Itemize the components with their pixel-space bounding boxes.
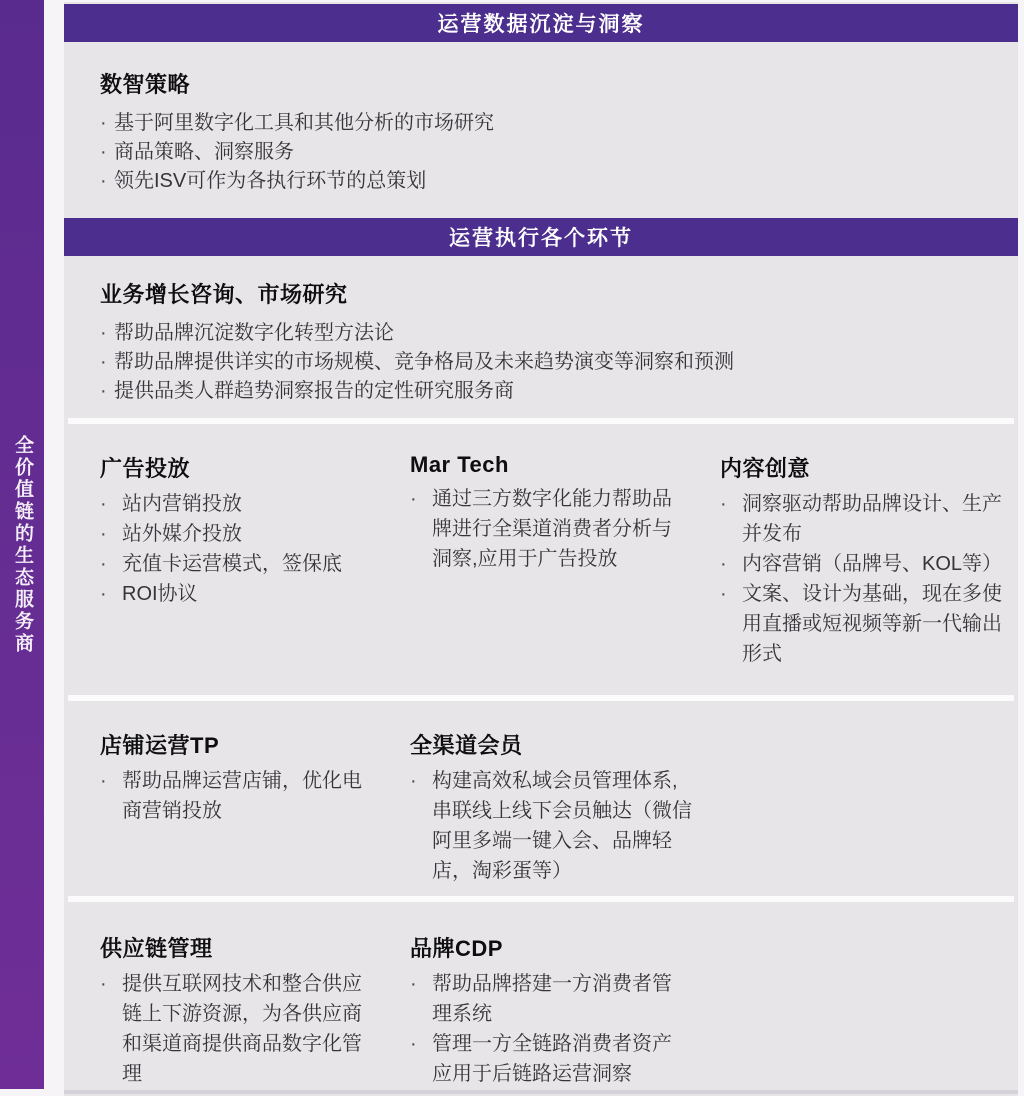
bullet-dot — [100, 109, 114, 138]
bullet-text: 商品策略、洞察服务 — [114, 138, 294, 167]
bullet-list: 帮助品牌沉淀数字化转型方法论 帮助品牌提供详实的市场规模、竞争格局及未来趋势演变… — [100, 319, 982, 406]
bullet-text: 基于阿里数字化工具和其他分析的市场研究 — [114, 109, 494, 138]
bullet-dot — [100, 766, 122, 826]
bullet-item: 站外媒介投放 — [100, 519, 362, 549]
content-panel: 运营数据沉淀与洞察 数智策略 基于阿里数字化工具和其他分析的市场研究 商品策略、… — [64, 2, 1018, 1096]
sidebar: 全价值链的生态服务商 — [0, 0, 44, 1089]
bullet-dot — [100, 319, 114, 348]
bullet-item: 提供互联网技术和整合供应链上下游资源，为各供应商和渠道商提供商品数字化管理 — [100, 969, 362, 1089]
bullet-item: 帮助品牌搭建一方消费者管理系统 — [410, 969, 674, 1029]
bullet-text: 帮助品牌运营店铺，优化电商营销投放 — [122, 766, 362, 826]
section-title-omni-member: 全渠道会员 — [410, 729, 696, 760]
bullet-text: 帮助品牌沉淀数字化转型方法论 — [114, 319, 394, 348]
bullet-dot — [100, 167, 114, 196]
bullet-text: 站外媒介投放 — [122, 519, 242, 549]
banner-top: 运营数据沉淀与洞察 — [64, 4, 1018, 42]
bullet-dot — [720, 489, 742, 549]
bullet-item: 充值卡运营模式，签保底 — [100, 549, 362, 579]
bullet-dot — [410, 484, 432, 574]
section-title-store-operation: 店铺运营TP — [100, 729, 362, 760]
column-omni-member: 全渠道会员 构建高效私域会员管理体系,串联线上线下会员触达（微信阿里多端一键入会… — [410, 729, 696, 886]
bullet-dot — [720, 579, 742, 669]
section-title-growth-consulting: 业务增长咨询、市场研究 — [100, 278, 982, 309]
bullet-item: 基于阿里数字化工具和其他分析的市场研究 — [100, 109, 982, 138]
bullet-text: 领先ISV可作为各执行环节的总策划 — [114, 167, 426, 196]
bullet-item: 内容营销（品牌号、KOL等） — [720, 549, 1010, 579]
bullet-dot — [100, 489, 122, 519]
column-store-operation: 店铺运营TP 帮助品牌运营店铺，优化电商营销投放 — [100, 729, 362, 886]
bullet-item: 帮助品牌沉淀数字化转型方法论 — [100, 319, 982, 348]
column-ad-placement: 广告投放 站内营销投放 站外媒介投放 充值卡运营模式，签保底 ROI协议 — [100, 452, 362, 669]
bullet-text: 站内营销投放 — [122, 489, 242, 519]
bullet-text: 内容营销（品牌号、KOL等） — [742, 549, 1002, 579]
bullet-item: 通过三方数字化能力帮助品牌进行全渠道消费者分析与洞察,应用于广告投放 — [410, 484, 672, 574]
bullet-text: 帮助品牌提供详实的市场规模、竞争格局及未来趋势演变等洞察和预测 — [114, 348, 734, 377]
bullet-list: 基于阿里数字化工具和其他分析的市场研究 商品策略、洞察服务 领先ISV可作为各执… — [100, 109, 982, 196]
bullet-text: 管理一方全链路消费者资产应用于后链路运营洞察 — [432, 1029, 674, 1089]
bullet-dot — [100, 377, 114, 406]
banner-middle-label: 运营执行各个环节 — [449, 222, 633, 252]
bullet-list: 洞察驱动帮助品牌设计、生产并发布 内容营销（品牌号、KOL等） 文案、设计为基础… — [720, 489, 1010, 669]
column-content-creative: 内容创意 洞察驱动帮助品牌设计、生产并发布 内容营销（品牌号、KOL等） 文案、… — [720, 452, 1010, 669]
section-title-ad-placement: 广告投放 — [100, 452, 362, 483]
bullet-dot — [100, 138, 114, 167]
section-title-smart-strategy: 数智策略 — [100, 68, 982, 99]
section-execution-row-2: 店铺运营TP 帮助品牌运营店铺，优化电商营销投放 全渠道会员 构建高效私域会员管… — [64, 701, 1018, 896]
bullet-text: 构建高效私域会员管理体系,串联线上线下会员触达（微信阿里多端一键入会、品牌轻店，… — [432, 766, 696, 886]
section-smart-strategy: 数智策略 基于阿里数字化工具和其他分析的市场研究 商品策略、洞察服务 领先ISV… — [64, 42, 1018, 216]
bullet-dot — [720, 549, 742, 579]
bullet-item: 提供品类人群趋势洞察报告的定性研究服务商 — [100, 377, 982, 406]
bullet-text: 洞察驱动帮助品牌设计、生产并发布 — [742, 489, 1010, 549]
bottom-divider — [64, 1090, 1018, 1094]
bullet-list: 通过三方数字化能力帮助品牌进行全渠道消费者分析与洞察,应用于广告投放 — [410, 484, 672, 574]
bullet-text: ROI协议 — [122, 579, 198, 609]
column-brand-cdp: 品牌CDP 帮助品牌搭建一方消费者管理系统 管理一方全链路消费者资产应用于后链路… — [410, 932, 674, 1089]
bullet-item: 管理一方全链路消费者资产应用于后链路运营洞察 — [410, 1029, 674, 1089]
banner-middle: 运营执行各个环节 — [64, 218, 1018, 256]
bullet-dot — [100, 348, 114, 377]
section-title-content-creative: 内容创意 — [720, 452, 1010, 483]
section-title-supply-chain: 供应链管理 — [100, 932, 362, 963]
bullet-item: ROI协议 — [100, 579, 362, 609]
bullet-item: 文案、设计为基础，现在多使用直播或短视频等新一代输出形式 — [720, 579, 1010, 669]
bullet-dot — [100, 519, 122, 549]
bullet-dot — [100, 969, 122, 1089]
section-title-brand-cdp: 品牌CDP — [410, 932, 674, 963]
bullet-dot — [100, 579, 122, 609]
section-execution-row-1: 广告投放 站内营销投放 站外媒介投放 充值卡运营模式，签保底 ROI协议 Mar… — [64, 424, 1018, 695]
bullet-list: 构建高效私域会员管理体系,串联线上线下会员触达（微信阿里多端一键入会、品牌轻店，… — [410, 766, 696, 886]
bullet-text: 充值卡运营模式，签保底 — [122, 549, 342, 579]
bullet-dot — [100, 549, 122, 579]
bullet-text: 文案、设计为基础，现在多使用直播或短视频等新一代输出形式 — [742, 579, 1010, 669]
bullet-text: 提供互联网技术和整合供应链上下游资源，为各供应商和渠道商提供商品数字化管理 — [122, 969, 362, 1089]
bullet-dot — [410, 1029, 432, 1089]
bullet-text: 帮助品牌搭建一方消费者管理系统 — [432, 969, 674, 1029]
bullet-item: 构建高效私域会员管理体系,串联线上线下会员触达（微信阿里多端一键入会、品牌轻店，… — [410, 766, 696, 886]
banner-top-label: 运营数据沉淀与洞察 — [438, 8, 645, 38]
section-growth-consulting: 业务增长咨询、市场研究 帮助品牌沉淀数字化转型方法论 帮助品牌提供详实的市场规模… — [64, 256, 1018, 418]
section-title-mar-tech: Mar Tech — [410, 452, 672, 478]
bullet-text: 提供品类人群趋势洞察报告的定性研究服务商 — [114, 377, 514, 406]
section-execution-row-3: 供应链管理 提供互联网技术和整合供应链上下游资源，为各供应商和渠道商提供商品数字… — [64, 902, 1018, 1096]
bullet-item: 站内营销投放 — [100, 489, 362, 519]
column-supply-chain: 供应链管理 提供互联网技术和整合供应链上下游资源，为各供应商和渠道商提供商品数字… — [100, 932, 362, 1089]
bullet-list: 帮助品牌搭建一方消费者管理系统 管理一方全链路消费者资产应用于后链路运营洞察 — [410, 969, 674, 1089]
column-mar-tech: Mar Tech 通过三方数字化能力帮助品牌进行全渠道消费者分析与洞察,应用于广… — [410, 452, 672, 669]
bullet-list: 站内营销投放 站外媒介投放 充值卡运营模式，签保底 ROI协议 — [100, 489, 362, 609]
bullet-list: 帮助品牌运营店铺，优化电商营销投放 — [100, 766, 362, 826]
bullet-item: 商品策略、洞察服务 — [100, 138, 982, 167]
bullet-item: 领先ISV可作为各执行环节的总策划 — [100, 167, 982, 196]
sidebar-label: 全价值链的生态服务商 — [0, 435, 44, 655]
bullet-text: 通过三方数字化能力帮助品牌进行全渠道消费者分析与洞察,应用于广告投放 — [432, 484, 672, 574]
bullet-dot — [410, 969, 432, 1029]
bullet-item: 洞察驱动帮助品牌设计、生产并发布 — [720, 489, 1010, 549]
bullet-dot — [410, 766, 432, 886]
bullet-item: 帮助品牌提供详实的市场规模、竞争格局及未来趋势演变等洞察和预测 — [100, 348, 982, 377]
bullet-item: 帮助品牌运营店铺，优化电商营销投放 — [100, 766, 362, 826]
bullet-list: 提供互联网技术和整合供应链上下游资源，为各供应商和渠道商提供商品数字化管理 — [100, 969, 362, 1089]
